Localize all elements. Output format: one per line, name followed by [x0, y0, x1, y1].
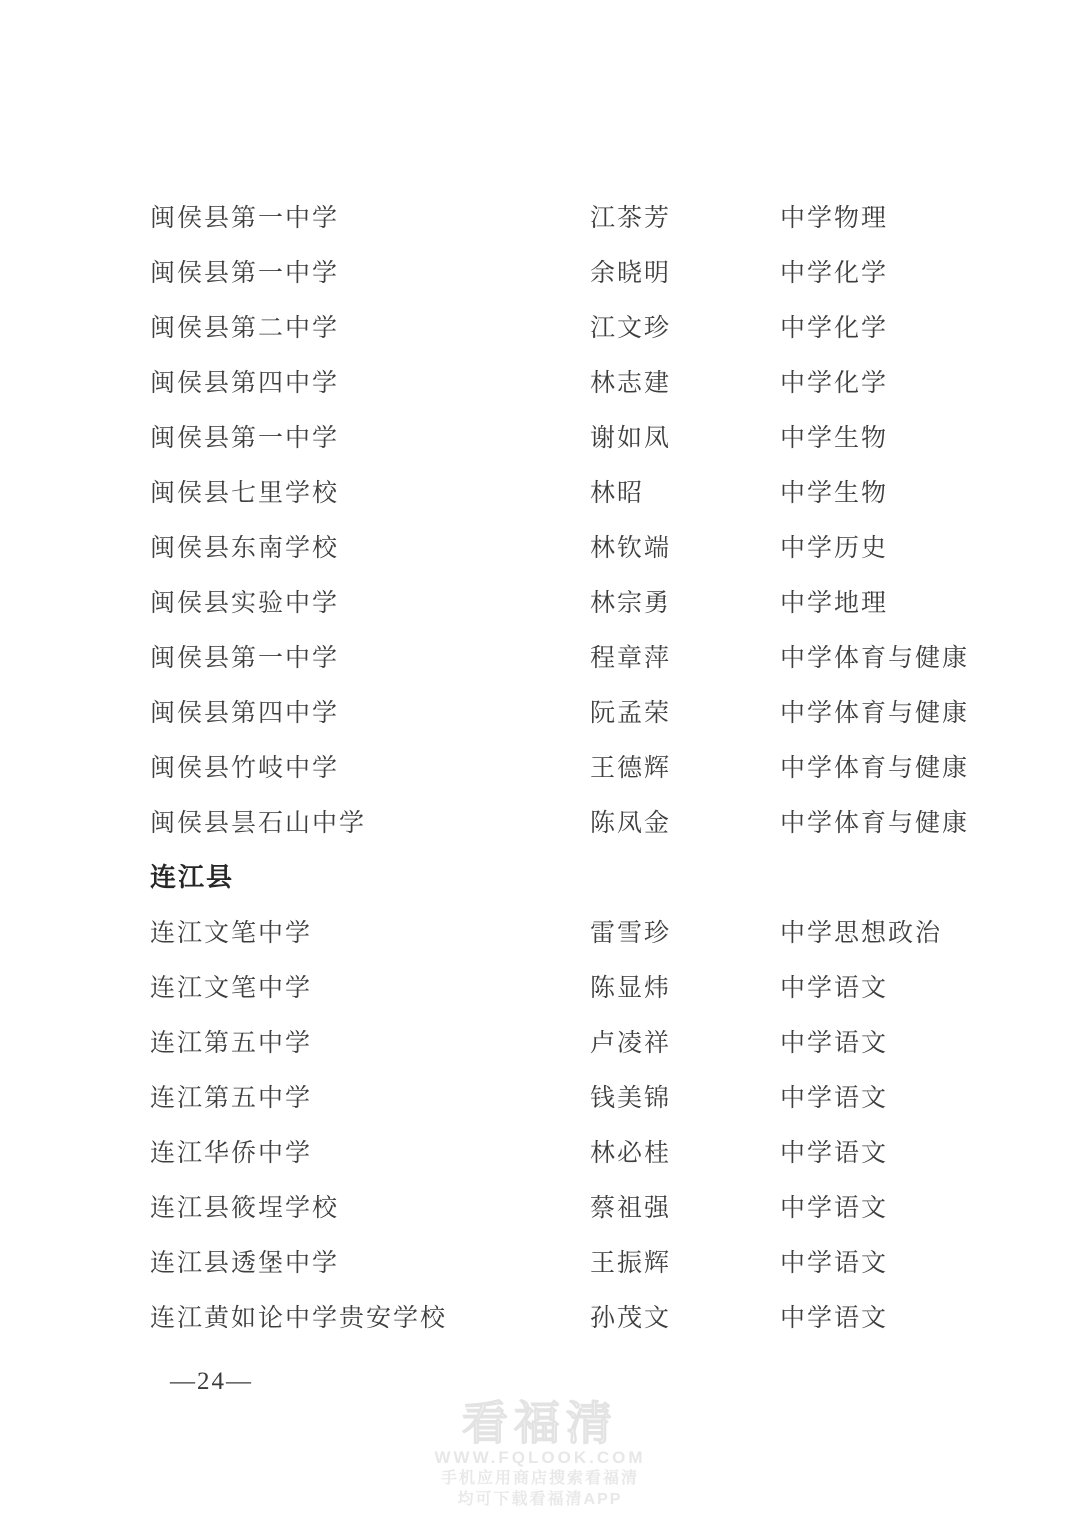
- watermark: 看福清 WWW.FQLOOK.COM 手机应用商店搜索看福清 均可下载看福清AP…: [434, 1400, 645, 1508]
- teacher-name-cell: 林宗勇: [590, 583, 780, 619]
- school-cell: 连江黄如论中学贵安学校: [150, 1298, 590, 1334]
- subject-cell: 中学语文: [780, 1133, 1020, 1169]
- table-row: 闽侯县竹岐中学王德辉中学体育与健康: [150, 738, 1020, 793]
- school-cell: 闽侯县昙石山中学: [150, 803, 590, 839]
- school-cell: 闽侯县第一中学: [150, 418, 590, 454]
- subject-cell: 中学语文: [780, 1078, 1020, 1114]
- school-cell: 闽侯县第一中学: [150, 198, 590, 234]
- subject-cell: 中学体育与健康: [780, 638, 1020, 674]
- table-row: 闽侯县第一中学谢如凤中学生物: [150, 408, 1020, 463]
- table-row: 连江文笔中学雷雪珍中学思想政治: [150, 903, 1020, 958]
- subject-cell: 中学物理: [780, 198, 1020, 234]
- teacher-name-cell: 雷雪珍: [590, 913, 780, 949]
- table-row: 连江华侨中学林必桂中学语文: [150, 1123, 1020, 1178]
- subject-cell: 中学体育与健康: [780, 693, 1020, 729]
- subject-cell: 中学体育与健康: [780, 748, 1020, 784]
- table-row: 闽侯县第四中学阮孟荣中学体育与健康: [150, 683, 1020, 738]
- table-row: 连江第五中学钱美锦中学语文: [150, 1068, 1020, 1123]
- school-cell: 连江文笔中学: [150, 968, 590, 1004]
- school-cell: 连江第五中学: [150, 1078, 590, 1114]
- table-row: 连江第五中学卢凌祥中学语文: [150, 1013, 1020, 1068]
- school-cell: 连江华侨中学: [150, 1133, 590, 1169]
- subject-cell: 中学思想政治: [780, 913, 1020, 949]
- school-cell: 连江县透堡中学: [150, 1243, 590, 1279]
- school-cell: 闽侯县东南学校: [150, 528, 590, 564]
- teacher-name-cell: 王德辉: [590, 748, 780, 784]
- teacher-name-cell: 钱美锦: [590, 1078, 780, 1114]
- subject-cell: 中学生物: [780, 418, 1020, 454]
- table-row: 连江文笔中学陈显炜中学语文: [150, 958, 1020, 1013]
- teacher-name-cell: 孙茂文: [590, 1298, 780, 1334]
- table-row: 闽侯县第二中学江文珍中学化学: [150, 298, 1020, 353]
- teacher-name-cell: 卢凌祥: [590, 1023, 780, 1059]
- school-cell: 闽侯县第一中学: [150, 253, 590, 289]
- table-row: 闽侯县第一中学江茶芳中学物理: [150, 188, 1020, 243]
- school-cell: 闽侯县第一中学: [150, 638, 590, 674]
- school-cell: 闽侯县七里学校: [150, 473, 590, 509]
- school-cell: 闽侯县实验中学: [150, 583, 590, 619]
- school-cell: 连江第五中学: [150, 1023, 590, 1059]
- teacher-name-cell: 林志建: [590, 363, 780, 399]
- teacher-name-cell: 江茶芳: [590, 198, 780, 234]
- subject-cell: 中学语文: [780, 1243, 1020, 1279]
- watermark-logo-text: 看福清: [434, 1400, 645, 1446]
- table-row: 闽侯县第一中学余晓明中学化学: [150, 243, 1020, 298]
- subject-cell: 中学地理: [780, 583, 1020, 619]
- table-row: 闽侯县七里学校林昭中学生物: [150, 463, 1020, 518]
- section-header: 连江县: [150, 848, 1020, 903]
- teacher-name-cell: 陈显炜: [590, 968, 780, 1004]
- watermark-url: WWW.FQLOOK.COM: [434, 1449, 645, 1466]
- school-cell: 闽侯县第二中学: [150, 308, 590, 344]
- subject-cell: 中学化学: [780, 253, 1020, 289]
- table-row: 闽侯县第一中学程章萍中学体育与健康: [150, 628, 1020, 683]
- table-row: 闽侯县昙石山中学陈凤金中学体育与健康: [150, 793, 1020, 848]
- subject-cell: 中学语文: [780, 1023, 1020, 1059]
- teacher-name-cell: 程章萍: [590, 638, 780, 674]
- subject-cell: 中学语文: [780, 968, 1020, 1004]
- document-page: 闽侯县第一中学江茶芳中学物理闽侯县第一中学余晓明中学化学闽侯县第二中学江文珍中学…: [0, 0, 1080, 1528]
- school-cell: 闽侯县第四中学: [150, 693, 590, 729]
- subject-cell: 中学体育与健康: [780, 803, 1020, 839]
- subject-cell: 中学语文: [780, 1188, 1020, 1224]
- teacher-name-cell: 王振辉: [590, 1243, 780, 1279]
- table-row: 连江黄如论中学贵安学校孙茂文中学语文: [150, 1288, 1020, 1343]
- school-cell: 连江县筱埕学校: [150, 1188, 590, 1224]
- table-row: 闽侯县第四中学林志建中学化学: [150, 353, 1020, 408]
- table-row: 闽侯县实验中学林宗勇中学地理: [150, 573, 1020, 628]
- subject-cell: 中学化学: [780, 308, 1020, 344]
- teacher-name-cell: 陈凤金: [590, 803, 780, 839]
- teacher-name-cell: 余晓明: [590, 253, 780, 289]
- school-cell: 闽侯县第四中学: [150, 363, 590, 399]
- teacher-name-cell: 林钦端: [590, 528, 780, 564]
- school-cell: 连江文笔中学: [150, 913, 590, 949]
- roster-table: 闽侯县第一中学江茶芳中学物理闽侯县第一中学余晓明中学化学闽侯县第二中学江文珍中学…: [150, 188, 1020, 1343]
- teacher-name-cell: 蔡祖强: [590, 1188, 780, 1224]
- table-row: 闽侯县东南学校林钦端中学历史: [150, 518, 1020, 573]
- teacher-name-cell: 阮孟荣: [590, 693, 780, 729]
- subject-cell: 中学语文: [780, 1298, 1020, 1334]
- table-row: 连江县筱埕学校蔡祖强中学语文: [150, 1178, 1020, 1233]
- watermark-caption-line2: 均可下载看福清APP: [434, 1492, 645, 1508]
- teacher-name-cell: 林昭: [590, 473, 780, 509]
- watermark-caption-line1: 手机应用商店搜索看福清: [434, 1471, 645, 1487]
- subject-cell: 中学生物: [780, 473, 1020, 509]
- subject-cell: 中学化学: [780, 363, 1020, 399]
- teacher-name-cell: 林必桂: [590, 1133, 780, 1169]
- teacher-name-cell: 谢如凤: [590, 418, 780, 454]
- table-row: 连江县透堡中学王振辉中学语文: [150, 1233, 1020, 1288]
- subject-cell: 中学历史: [780, 528, 1020, 564]
- school-cell: 闽侯县竹岐中学: [150, 748, 590, 784]
- teacher-name-cell: 江文珍: [590, 308, 780, 344]
- page-number: —24—: [170, 1368, 253, 1396]
